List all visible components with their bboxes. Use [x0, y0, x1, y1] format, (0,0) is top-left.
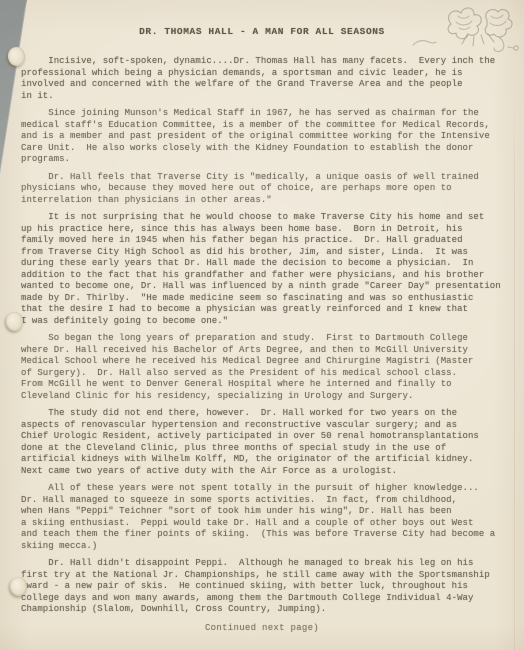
paragraph: Incisive, soft-spoken, dynamic....Dr. Th… — [21, 56, 508, 102]
document-body: Incisive, soft-spoken, dynamic....Dr. Th… — [0, 39, 524, 616]
paragraph: So began the long years of preparation a… — [21, 333, 508, 402]
continuation-note: Continued next page) — [0, 623, 524, 633]
paragraph: Dr. Hall didn't disappoint Peppi. Althou… — [21, 558, 508, 616]
paper-crease — [514, 95, 515, 650]
paragraph: Since joining Munson's Medical Staff in … — [21, 108, 508, 166]
paragraph: Dr. Hall feels that Traverse City is "me… — [21, 172, 508, 207]
paragraph: All of these years were not spent totall… — [21, 483, 508, 552]
scanned-document-page: DR. THOMAS HALL - A MAN FOR ALL SEASONS … — [0, 0, 524, 650]
paragraph: It is not surprising that he would choos… — [21, 212, 508, 327]
paragraph: The study did not end there, however. Dr… — [21, 408, 508, 477]
doodle-sketch-icon — [409, 2, 523, 62]
